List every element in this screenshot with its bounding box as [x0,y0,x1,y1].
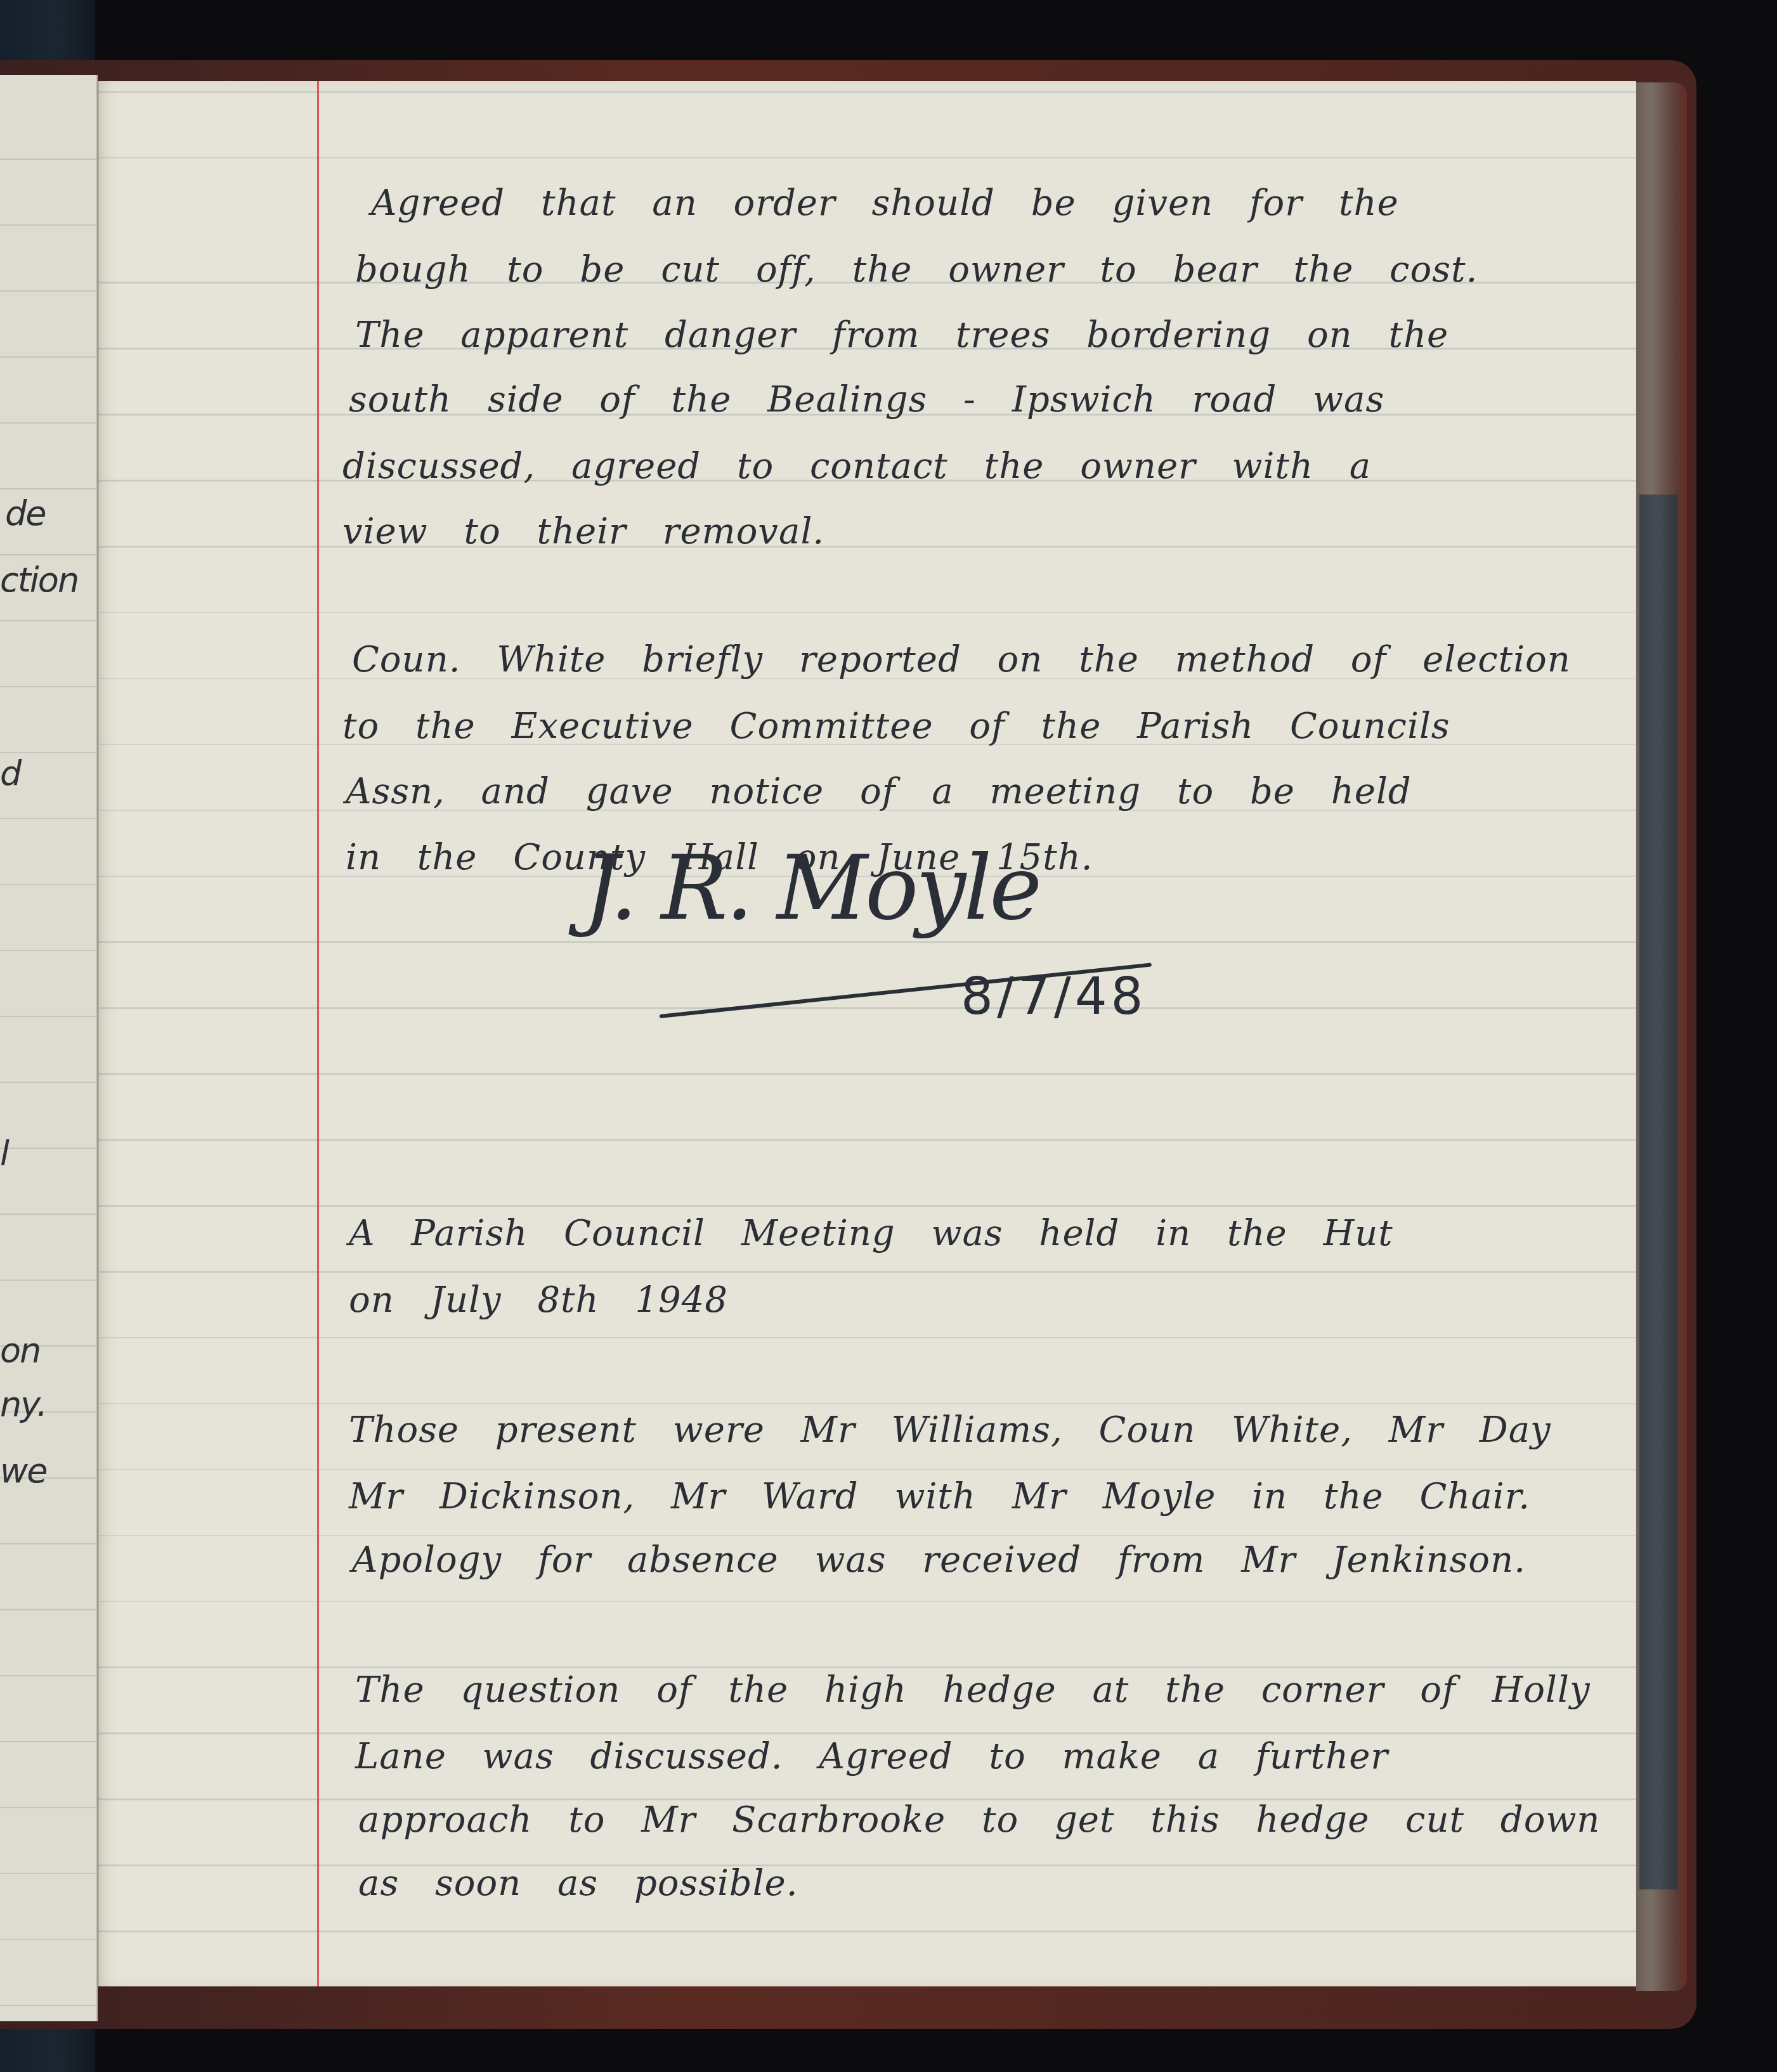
signature-date: 8/7/48 [961,967,1147,1026]
book-spine-cloth [1639,495,1677,1889]
left-page-fragment: de [5,493,46,533]
left-page-fragment: ction [0,560,78,600]
text-line: The question of the high hedge at the co… [355,1669,1591,1711]
left-page: de ction d l on ny. we [0,75,98,2021]
signature: J. R. Moyle [583,837,1039,940]
text-line: as soon as possible. [358,1863,798,1904]
text-line: approach to Mr Scarbrooke to get this he… [358,1799,1600,1841]
text-line: south side of the Bealings - Ipswich roa… [349,379,1384,420]
text-line: Mr Dickinson, Mr Ward with Mr Moyle in t… [349,1476,1530,1517]
text-line: The apparent danger from trees bordering… [355,314,1448,356]
text-line: Assn, and gave notice of a meeting to be… [346,771,1412,812]
text-line: Agreed that an order should be given for… [371,183,1399,224]
left-page-fragment: l [0,1134,8,1174]
left-page-fragment: ny. [0,1384,46,1424]
text-line: to the Executive Committee of the Parish… [342,706,1450,747]
left-page-fragment: on [0,1330,40,1370]
text-line: discussed, agreed to contact the owner w… [342,446,1371,487]
right-page: Agreed that an order should be given for… [98,81,1636,1986]
text-line: Apology for absence was received from Mr… [352,1539,1526,1581]
text-line: on July 8th 1948 [349,1279,728,1321]
text-line: A Parish Council Meeting was held in the… [349,1213,1393,1254]
left-page-fragment: d [0,753,20,793]
left-page-fragment: we [0,1451,46,1491]
text-line: bough to be cut off, the owner to bear t… [355,249,1478,290]
text-line: Those present were Mr Williams, Coun Whi… [349,1409,1551,1451]
margin-rule [317,81,319,1986]
text-line: view to their removal. [342,511,824,552]
text-line: Coun. White briefly reported on the meth… [352,639,1571,680]
text-line: Lane was discussed. Agreed to make a fur… [355,1736,1388,1777]
